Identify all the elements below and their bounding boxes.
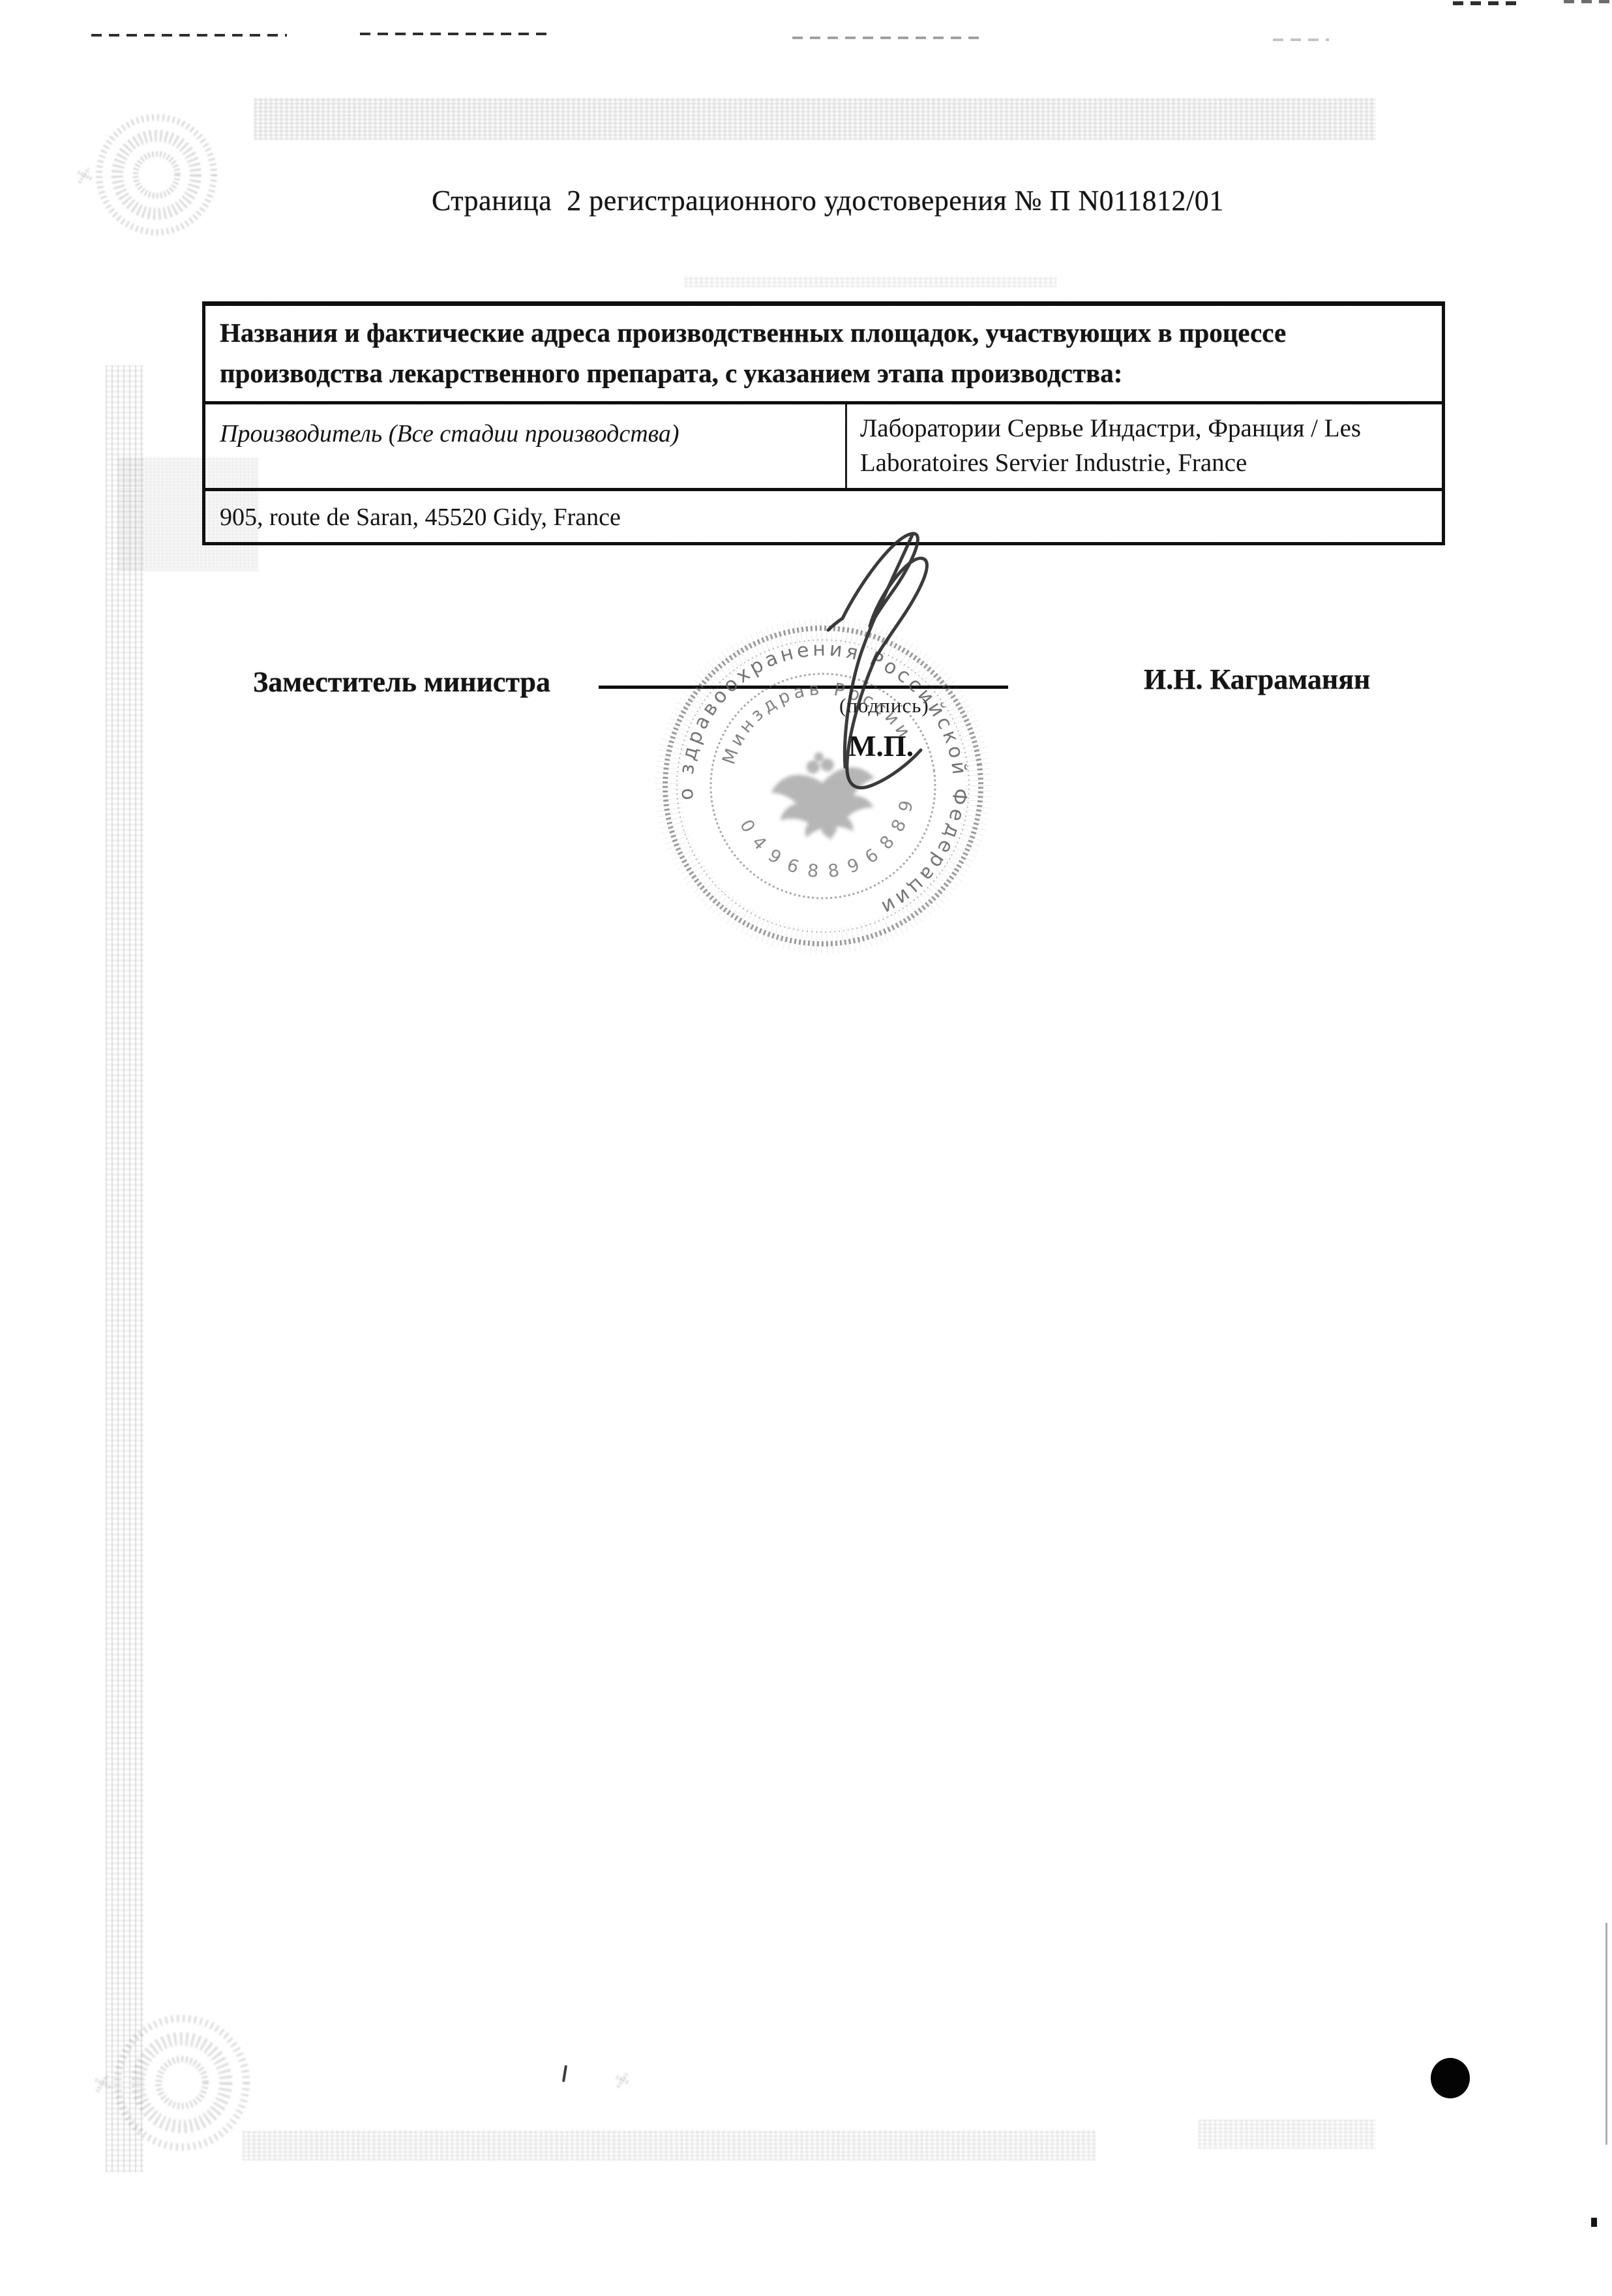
svg-text:0 4 9 6 8 8 9 6 8 8 9: 0 4 9 6 8 8 9 6 8 8 9 <box>735 793 928 894</box>
table-row: Производитель (Все стадии производства) … <box>205 404 1442 491</box>
scan-noise-band <box>243 2130 1096 2160</box>
ink-dot <box>1431 2058 1470 2098</box>
signer-name: И.Н. Каграманян <box>1144 663 1370 696</box>
seal-outer-circle <box>645 608 1002 965</box>
page-header: Страница 2 регистрационного удостоверени… <box>432 184 1224 217</box>
seal-grain-ring <box>648 611 998 961</box>
scan-noise-band <box>254 98 1376 140</box>
table-header-cell: Названия и фактические адреса производст… <box>205 306 1442 404</box>
scan-edge-line <box>1605 1923 1607 2145</box>
scan-dash-artifact <box>1273 38 1329 41</box>
scan-noise-band <box>1199 2120 1376 2149</box>
scan-edge-noise-strip <box>106 365 143 2172</box>
scan-noise-band <box>685 277 1056 287</box>
scan-dash-artifact <box>792 37 979 39</box>
signer-position-title: Заместитель министра <box>253 665 550 699</box>
scan-edge-mark <box>1591 2218 1597 2227</box>
stray-pen-mark <box>562 2065 567 2082</box>
place-of-seal-mark: М.П. <box>848 729 914 763</box>
signature-line <box>599 686 1008 689</box>
scan-dash-artifact <box>360 33 546 35</box>
manufacturer-address-cell: 905, route de Saran, 45520 Gidy, France <box>205 491 1442 542</box>
guilloche-rosette-bottom-left <box>96 2018 628 2147</box>
seal-circle <box>658 621 988 951</box>
scan-dash-artifact <box>91 34 287 37</box>
manufacturer-name-cell: Лаборатории Сервье Индастри, Франция / L… <box>845 404 1442 488</box>
seal-registration-digits: 0 4 9 6 8 8 9 6 8 8 9 <box>735 793 928 894</box>
signature-caption: (подпись) <box>839 694 929 717</box>
scan-dash-artifact <box>1453 1 1522 5</box>
scan-dash-artifact <box>1564 0 1612 3</box>
producer-stage-cell: Производитель (Все стадии производства) <box>205 404 845 488</box>
guilloche-rosette-top-left <box>78 117 214 232</box>
production-sites-table: Названия и фактические адреса производст… <box>202 301 1445 545</box>
